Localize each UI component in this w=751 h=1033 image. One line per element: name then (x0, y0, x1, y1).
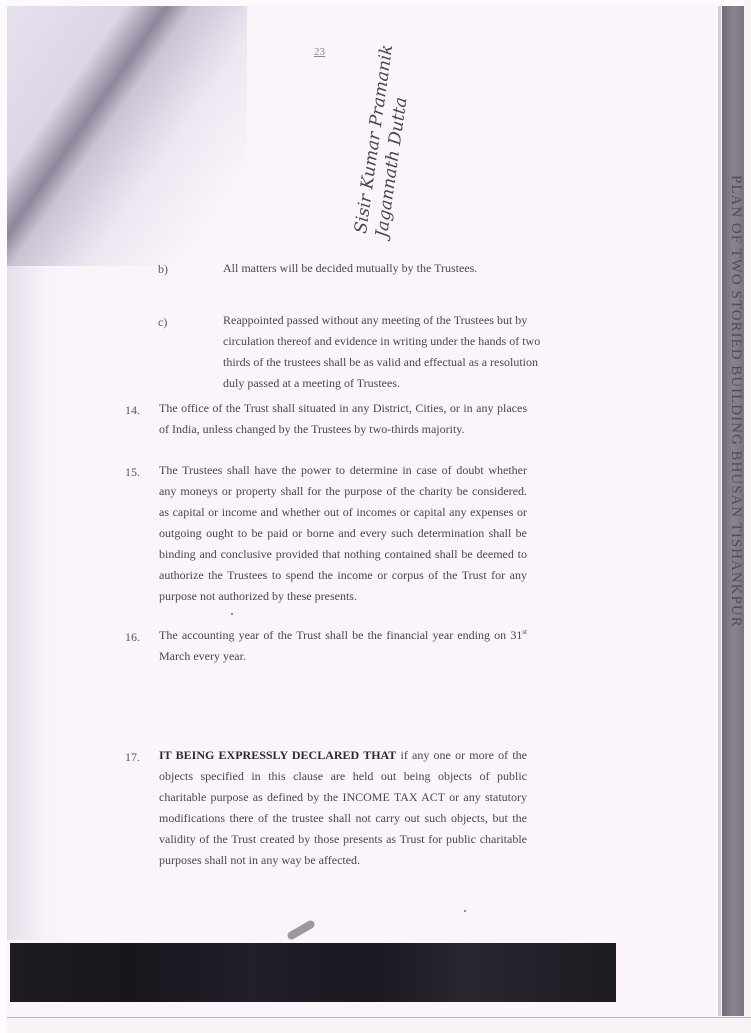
page-edge (718, 6, 721, 1016)
clause-14-label: 14. (125, 403, 140, 418)
clause-17-line: validity of the Trust created by those p… (159, 829, 527, 850)
clause-16-label: 16. (125, 630, 140, 645)
scan-right-margin (744, 0, 751, 1033)
clause-17-label: 17. (125, 750, 140, 765)
ink-smudge (286, 919, 316, 941)
clause-17-line: purposes shall not in any way be affecte… (159, 850, 527, 871)
clause-15-line: any moneys or property shall for the pur… (159, 481, 527, 502)
clause-c-label: c) (158, 315, 167, 330)
page-curl-shadow (7, 6, 247, 266)
clause-17-line: IT BEING EXPRESSLY DECLARED THAT if any … (159, 745, 527, 766)
clause-16-line: March every year. (159, 646, 527, 667)
clause-15-line: purpose not authorized by these presents… (159, 586, 527, 607)
clause-c-line: Reappointed passed without any meeting o… (223, 310, 527, 331)
page-number: 23 (314, 46, 325, 58)
clause-15-label: 15. (125, 465, 140, 480)
clause-c-line: duly passed at a meeting of Trustees. (223, 373, 527, 394)
clause-17-line: modifications there of the trustee shall… (159, 808, 527, 829)
clause-17-line: charitable purpose as defined by the INC… (159, 787, 527, 808)
clause-17-line: objects specified in this clause are hel… (159, 766, 527, 787)
clause-c-line: circulation thereof and evidence in writ… (223, 331, 527, 352)
spine-text: PLAN OF TWO STORIED BUILDING BHUSAN TISH… (722, 175, 744, 875)
clause-17-text: IT BEING EXPRESSLY DECLARED THAT if any … (159, 745, 527, 871)
clause-15-line: The Trustees shall have the power to det… (159, 460, 527, 481)
clause-b-text: All matters will be decided mutually by … (223, 258, 477, 278)
page-left-shadow (7, 150, 67, 940)
clause-14-text: The office of the Trust shall situated i… (159, 398, 527, 440)
scan-bottom-edge (7, 1017, 751, 1033)
clause-15-line: outgoing ought to be paid or borne and e… (159, 523, 527, 544)
scan-left-border (0, 0, 7, 1033)
scanned-document-page: PLAN OF TWO STORIED BUILDING BHUSAN TISH… (0, 0, 751, 1033)
ordinal-suffix: st (522, 628, 527, 636)
clause-15-line: as capital or income and whether out of … (159, 502, 527, 523)
clause-15-text: The Trustees shall have the power to det… (159, 460, 527, 607)
clause-15-line: binding and conclusive provided that not… (159, 544, 527, 565)
clause-16-text: The accounting year of the Trust shall b… (159, 625, 527, 667)
clause-16-line: The accounting year of the Trust shall b… (159, 625, 527, 646)
redaction-bar (10, 943, 616, 1002)
clause-17-line1-rest: if any one or more of the (396, 748, 527, 762)
scan-speck (464, 910, 466, 912)
clause-16-line1: The accounting year of the Trust shall b… (159, 628, 522, 642)
clause-14-line: The office of the Trust shall situated i… (159, 398, 527, 419)
clause-15-line: authorize the Trustees to spend the inco… (159, 565, 527, 586)
clause-b-label: b) (158, 262, 168, 277)
scan-speck (231, 613, 233, 615)
clause-c-text: Reappointed passed without any meeting o… (223, 310, 527, 394)
clause-17-heading: IT BEING EXPRESSLY DECLARED THAT (159, 748, 396, 762)
clause-c-line: thirds of the trustees shall be as valid… (223, 352, 527, 373)
clause-14-line: of India, unless changed by the Trustees… (159, 419, 527, 440)
